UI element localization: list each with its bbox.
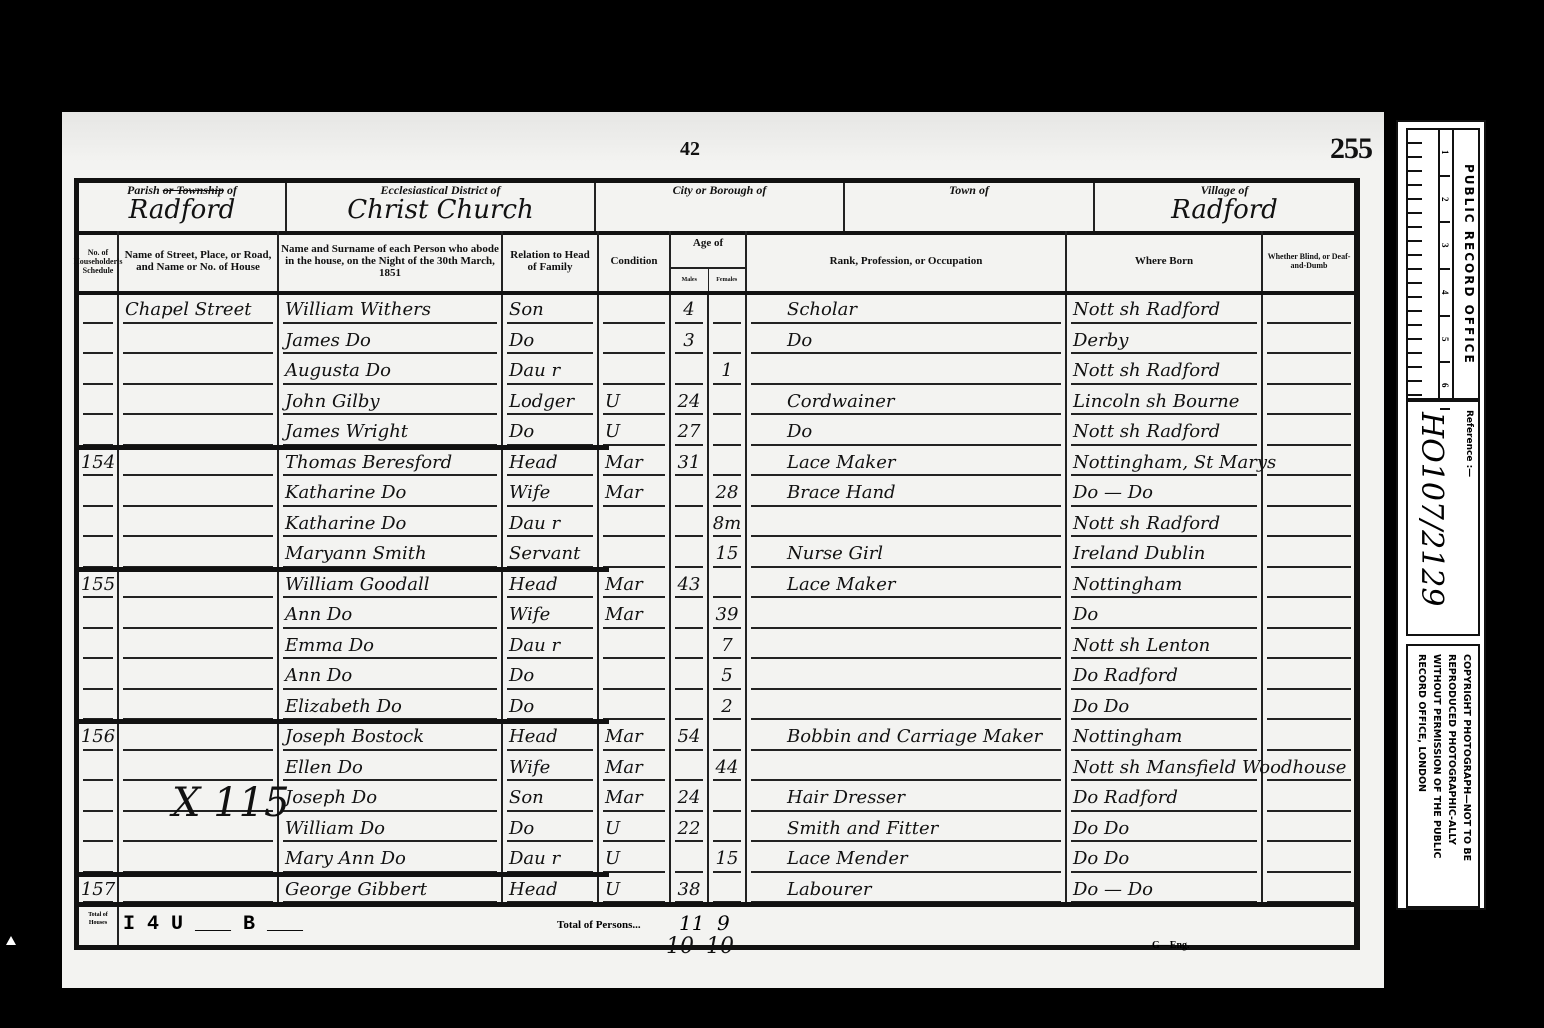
cell-occupation: Bobbin and Carriage Maker xyxy=(747,722,1067,753)
cell-street xyxy=(119,509,279,540)
table-row: Katharine DoDau r8mNott sh Radford xyxy=(79,509,1354,540)
cell-blind xyxy=(1263,356,1355,387)
cell-name: Katharine Do xyxy=(279,509,503,540)
cell-occupation: Scholar xyxy=(747,295,1067,326)
cell-relation: Wife xyxy=(503,753,599,784)
cell-blind xyxy=(1263,783,1355,814)
table-row: 155William GoodallHeadMar43Lace MakerNot… xyxy=(79,570,1354,601)
cell-blind xyxy=(1263,600,1355,631)
village-cell: Village of Radford xyxy=(1095,183,1354,231)
cell-male xyxy=(671,753,709,784)
col-born: Where Born xyxy=(1067,231,1263,291)
cell-blind xyxy=(1263,844,1355,875)
cell-schedule xyxy=(79,600,119,631)
cell-occupation: Lace Maker xyxy=(747,570,1067,601)
cell-relation: Son xyxy=(503,295,599,326)
table-row: Augusta DoDau r1Nott sh Radford xyxy=(79,356,1354,387)
cell-male xyxy=(671,692,709,723)
cell-occupation: Lace Mender xyxy=(747,844,1067,875)
cell-schedule xyxy=(79,631,119,662)
cell-male: 3 xyxy=(671,326,709,357)
table-row: Chapel StreetWilliam WithersSon4ScholarN… xyxy=(79,295,1354,326)
cell-schedule xyxy=(79,783,119,814)
cell-condition xyxy=(599,326,671,357)
cell-occupation xyxy=(747,356,1067,387)
cell-street xyxy=(119,600,279,631)
folio-number: 42 xyxy=(680,138,700,161)
table-row: 157George GibbertHeadU38LabourerDo — Do xyxy=(79,875,1354,906)
cell-schedule xyxy=(79,417,119,448)
cell-condition: U xyxy=(599,875,671,906)
cell-schedule xyxy=(79,661,119,692)
cell-female xyxy=(709,783,747,814)
film-marker-icon xyxy=(6,936,16,945)
cell-born: Do Do xyxy=(1067,814,1263,845)
cell-born: Ireland Dublin xyxy=(1067,539,1263,570)
cell-relation: Dau r xyxy=(503,509,599,540)
cell-name: George Gibbert xyxy=(279,875,503,906)
cell-born: Nottingham, St Marys xyxy=(1067,448,1263,479)
cell-born: Nottingham xyxy=(1067,722,1263,753)
cell-street xyxy=(119,570,279,601)
reference-value: HO107/2129 xyxy=(1414,412,1449,606)
cell-relation: Dau r xyxy=(503,356,599,387)
cell-born: Nott sh Radford xyxy=(1067,509,1263,540)
cell-occupation: Cordwainer xyxy=(747,387,1067,418)
cell-schedule xyxy=(79,539,119,570)
cell-schedule xyxy=(79,814,119,845)
cell-blind xyxy=(1263,478,1355,509)
cell-blind xyxy=(1263,631,1355,662)
cell-female xyxy=(709,570,747,601)
cell-name: James Wright xyxy=(279,417,503,448)
cell-female: 15 xyxy=(709,844,747,875)
cell-female xyxy=(709,448,747,479)
cell-born: Do xyxy=(1067,600,1263,631)
cell-female: 7 xyxy=(709,631,747,662)
total-persons-label: Total of Persons... xyxy=(557,919,641,931)
cell-condition: Mar xyxy=(599,448,671,479)
cell-born: Nott sh Mansfield Woodhouse xyxy=(1067,753,1263,784)
cell-male xyxy=(671,509,709,540)
cell-name: Mary Ann Do xyxy=(279,844,503,875)
cell-born: Nottingham xyxy=(1067,570,1263,601)
table-row: James WrightDoU27DoNott sh Radford xyxy=(79,417,1354,448)
cell-street xyxy=(119,875,279,906)
cell-female xyxy=(709,387,747,418)
cell-relation: Do xyxy=(503,326,599,357)
cell-occupation: Brace Hand xyxy=(747,478,1067,509)
cell-name: Maryann Smith xyxy=(279,539,503,570)
cell-street xyxy=(119,722,279,753)
table-row: Mary Ann DoDau rU15Lace MenderDo Do xyxy=(79,844,1354,875)
cell-female xyxy=(709,326,747,357)
ruler-number: 2 xyxy=(1440,177,1450,224)
town-cell: Town of xyxy=(845,183,1095,231)
cell-street xyxy=(119,417,279,448)
cell-street xyxy=(119,661,279,692)
col-blind: Whether Blind, or Deaf-and-Dumb xyxy=(1263,231,1355,291)
cell-occupation xyxy=(747,753,1067,784)
cell-schedule xyxy=(79,509,119,540)
ruler-number: 1 xyxy=(1440,130,1450,177)
cell-condition: Mar xyxy=(599,570,671,601)
cell-occupation xyxy=(747,509,1067,540)
cell-male: 38 xyxy=(671,875,709,906)
cell-condition: Mar xyxy=(599,478,671,509)
cell-name: Ann Do xyxy=(279,661,503,692)
cell-condition xyxy=(599,295,671,326)
cell-relation: Dau r xyxy=(503,844,599,875)
cell-blind xyxy=(1263,539,1355,570)
cell-name: Joseph Bostock xyxy=(279,722,503,753)
cell-relation: Dau r xyxy=(503,631,599,662)
cell-condition: Mar xyxy=(599,722,671,753)
cell-male: 54 xyxy=(671,722,709,753)
cell-name: Katharine Do xyxy=(279,478,503,509)
cell-occupation xyxy=(747,631,1067,662)
table-row: 156Joseph BostockHeadMar54Bobbin and Car… xyxy=(79,722,1354,753)
cell-female: 15 xyxy=(709,539,747,570)
header-location-row: Parish or Township of Radford Ecclesiast… xyxy=(79,183,1354,235)
cell-condition: U xyxy=(599,814,671,845)
cell-blind xyxy=(1263,814,1355,845)
cell-relation: Head xyxy=(503,722,599,753)
cell-male xyxy=(671,844,709,875)
cell-blind xyxy=(1263,326,1355,357)
cell-name: Thomas Beresford xyxy=(279,448,503,479)
cell-born: Nott sh Lenton xyxy=(1067,631,1263,662)
col-males: Males xyxy=(671,269,709,291)
col-street: Name of Street, Place, or Road, and Name… xyxy=(119,231,279,291)
cell-male: 43 xyxy=(671,570,709,601)
cell-condition xyxy=(599,509,671,540)
cell-blind xyxy=(1263,722,1355,753)
cell-female: 44 xyxy=(709,753,747,784)
cell-name: William Goodall xyxy=(279,570,503,601)
cell-relation: Do xyxy=(503,661,599,692)
cell-condition xyxy=(599,631,671,662)
census-page: 42 255 Parish or Township of Radford Ecc… xyxy=(62,112,1384,988)
cell-born: Do — Do xyxy=(1067,875,1263,906)
cell-blind xyxy=(1263,875,1355,906)
cell-condition xyxy=(599,661,671,692)
cell-street xyxy=(119,753,279,784)
household-divider xyxy=(79,445,609,450)
cell-condition: U xyxy=(599,387,671,418)
cell-street xyxy=(119,448,279,479)
cell-condition: Mar xyxy=(599,600,671,631)
cell-name: Ellen Do xyxy=(279,753,503,784)
houses-label: Total of Houses xyxy=(79,907,119,945)
scale-ruler: 123456 PUBLIC RECORD OFFICE xyxy=(1406,128,1480,400)
cell-male: 4 xyxy=(671,295,709,326)
cell-female xyxy=(709,814,747,845)
cell-born: Nott sh Radford xyxy=(1067,417,1263,448)
cell-born: Derby xyxy=(1067,326,1263,357)
cell-condition xyxy=(599,539,671,570)
cell-street xyxy=(119,631,279,662)
cell-street xyxy=(119,844,279,875)
cell-schedule: 154 xyxy=(79,448,119,479)
cell-schedule: 157 xyxy=(79,875,119,906)
cell-female xyxy=(709,295,747,326)
cell-female: 5 xyxy=(709,661,747,692)
cell-male xyxy=(671,661,709,692)
table-row: Katharine DoWifeMar28Brace HandDo — Do xyxy=(79,478,1354,509)
cell-male xyxy=(671,600,709,631)
table-row: 154Thomas BeresfordHeadMar31Lace MakerNo… xyxy=(79,448,1354,479)
reference-box: Reference :— HO107/2129 xyxy=(1406,400,1480,636)
col-females: Females xyxy=(709,269,746,291)
cell-name: William Do xyxy=(279,814,503,845)
cell-schedule xyxy=(79,387,119,418)
table-row: John GilbyLodgerU24CordwainerLincoln sh … xyxy=(79,387,1354,418)
cell-born: Do — Do xyxy=(1067,478,1263,509)
col-condition: Condition xyxy=(599,231,671,291)
cell-schedule xyxy=(79,478,119,509)
cell-female: 28 xyxy=(709,478,747,509)
recount-females: 10 xyxy=(706,934,734,959)
cell-born: Do Do xyxy=(1067,844,1263,875)
cell-condition xyxy=(599,356,671,387)
cell-schedule xyxy=(79,326,119,357)
cell-male xyxy=(671,356,709,387)
cell-schedule xyxy=(79,844,119,875)
cell-schedule xyxy=(79,356,119,387)
cell-name: Emma Do xyxy=(279,631,503,662)
cell-street xyxy=(119,478,279,509)
col-relation: Relation to Head of Family xyxy=(503,231,599,291)
total-females: 9 xyxy=(717,911,730,935)
cell-male: 22 xyxy=(671,814,709,845)
cell-female xyxy=(709,722,747,753)
cell-schedule xyxy=(79,295,119,326)
cell-male: 24 xyxy=(671,783,709,814)
cell-blind xyxy=(1263,753,1355,784)
copyright-box: COPYRIGHT PHOTOGRAPH—NOT TO BE REPRODUCE… xyxy=(1406,644,1480,908)
col-age: Age of MalesFemales xyxy=(671,231,747,291)
cell-condition: U xyxy=(599,844,671,875)
cell-relation: Do xyxy=(503,692,599,723)
cell-condition: Mar xyxy=(599,753,671,784)
cell-male: 31 xyxy=(671,448,709,479)
cell-blind xyxy=(1263,661,1355,692)
cell-occupation xyxy=(747,600,1067,631)
col-schedule: No. of Householder's Schedule xyxy=(79,231,119,291)
cell-blind xyxy=(1263,417,1355,448)
cell-street xyxy=(119,356,279,387)
cell-name: Ann Do xyxy=(279,600,503,631)
cell-condition xyxy=(599,692,671,723)
cell-blind xyxy=(1263,295,1355,326)
city-cell: City or Borough of xyxy=(596,183,845,231)
cell-name: John Gilby xyxy=(279,387,503,418)
cell-schedule xyxy=(79,753,119,784)
cell-name: James Do xyxy=(279,326,503,357)
page-number: 255 xyxy=(1330,132,1372,166)
household-divider xyxy=(79,719,609,724)
cell-relation: Head xyxy=(503,570,599,601)
household-divider xyxy=(79,872,609,877)
cell-name: William Withers xyxy=(279,295,503,326)
cell-occupation: Lace Maker xyxy=(747,448,1067,479)
col-name: Name and Surname of each Person who abod… xyxy=(279,231,503,291)
org-name: PUBLIC RECORD OFFICE xyxy=(1452,130,1476,398)
cell-born: Do Radford xyxy=(1067,661,1263,692)
cell-female: 1 xyxy=(709,356,747,387)
cell-schedule xyxy=(79,692,119,723)
table-row: Ellen DoWifeMar44Nott sh Mansfield Woodh… xyxy=(79,753,1354,784)
total-males: 11 xyxy=(679,911,704,935)
cell-relation: Wife xyxy=(503,478,599,509)
record-office-label: 123456 PUBLIC RECORD OFFICE Reference :—… xyxy=(1396,120,1486,910)
cell-relation: Lodger xyxy=(503,387,599,418)
cell-name: Joseph Do xyxy=(279,783,503,814)
cell-blind xyxy=(1263,570,1355,601)
cell-male xyxy=(671,631,709,662)
cell-born: Do Do xyxy=(1067,692,1263,723)
cell-born: Lincoln sh Bourne xyxy=(1067,387,1263,418)
parish-cell: Parish or Township of Radford xyxy=(79,183,287,231)
col-occupation: Rank, Profession, or Occupation xyxy=(747,231,1067,291)
cell-female xyxy=(709,417,747,448)
margin-mark: X 115 xyxy=(172,780,290,826)
cell-name: Elizabeth Do xyxy=(279,692,503,723)
cell-occupation xyxy=(747,692,1067,723)
column-headers: No. of Householder's Schedule Name of St… xyxy=(79,231,1354,295)
ruler-number: 5 xyxy=(1440,317,1450,364)
ruler-ticks xyxy=(1408,130,1436,398)
village-value: Radford xyxy=(1095,195,1354,225)
cell-female: 2 xyxy=(709,692,747,723)
cell-female: 39 xyxy=(709,600,747,631)
cell-street xyxy=(119,692,279,723)
cell-occupation: Nurse Girl xyxy=(747,539,1067,570)
form-mark: G—Eng. xyxy=(1152,940,1190,951)
cell-relation: Do xyxy=(503,814,599,845)
cell-street: Chapel Street xyxy=(119,295,279,326)
cell-occupation xyxy=(747,661,1067,692)
cell-born: Nott sh Radford xyxy=(1067,295,1263,326)
cell-occupation: Do xyxy=(747,417,1067,448)
cell-female: 8m xyxy=(709,509,747,540)
ruler-number: 3 xyxy=(1440,223,1450,270)
household-divider xyxy=(79,567,609,572)
cell-male xyxy=(671,478,709,509)
cell-occupation: Labourer xyxy=(747,875,1067,906)
cell-street xyxy=(119,539,279,570)
cell-born: Nott sh Radford xyxy=(1067,356,1263,387)
ecclesiastical-value: Christ Church xyxy=(287,195,594,225)
cell-relation: Head xyxy=(503,448,599,479)
copyright-text: COPYRIGHT PHOTOGRAPH—NOT TO BE REPRODUCE… xyxy=(1412,654,1474,898)
cell-blind xyxy=(1263,692,1355,723)
table-row: Maryann SmithServant15Nurse GirlIreland … xyxy=(79,539,1354,570)
cell-condition: U xyxy=(599,417,671,448)
table-row: Emma DoDau r7Nott sh Lenton xyxy=(79,631,1354,662)
cell-relation: Head xyxy=(503,875,599,906)
cell-relation: Do xyxy=(503,417,599,448)
cell-condition: Mar xyxy=(599,783,671,814)
cell-street xyxy=(119,387,279,418)
cell-relation: Son xyxy=(503,783,599,814)
recount-males: 10 xyxy=(666,934,694,959)
cell-relation: Wife xyxy=(503,600,599,631)
houses-iub: I 4 U ___ B ___ xyxy=(123,913,303,936)
cell-schedule: 156 xyxy=(79,722,119,753)
cell-blind xyxy=(1263,387,1355,418)
cell-street xyxy=(119,326,279,357)
table-row: Ann DoWifeMar39Do xyxy=(79,600,1354,631)
cell-blind xyxy=(1263,448,1355,479)
cell-name: Augusta Do xyxy=(279,356,503,387)
cell-male: 27 xyxy=(671,417,709,448)
table-row: Elizabeth DoDo2Do Do xyxy=(79,692,1354,723)
cell-relation: Servant xyxy=(503,539,599,570)
cell-occupation: Smith and Fitter xyxy=(747,814,1067,845)
ecclesiastical-cell: Ecclesiastical District of Christ Church xyxy=(287,183,596,231)
cell-blind xyxy=(1263,509,1355,540)
cell-male: 24 xyxy=(671,387,709,418)
table-row: Ann DoDo5Do Radford xyxy=(79,661,1354,692)
cell-born: Do Radford xyxy=(1067,783,1263,814)
cell-male xyxy=(671,539,709,570)
census-table: Parish or Township of Radford Ecclesiast… xyxy=(74,178,1360,950)
table-row: James DoDo3DoDerby xyxy=(79,326,1354,357)
parish-value: Radford xyxy=(79,195,285,225)
cell-occupation: Hair Dresser xyxy=(747,783,1067,814)
ruler-number: 4 xyxy=(1440,270,1450,317)
cell-female xyxy=(709,875,747,906)
cell-schedule: 155 xyxy=(79,570,119,601)
cell-occupation: Do xyxy=(747,326,1067,357)
